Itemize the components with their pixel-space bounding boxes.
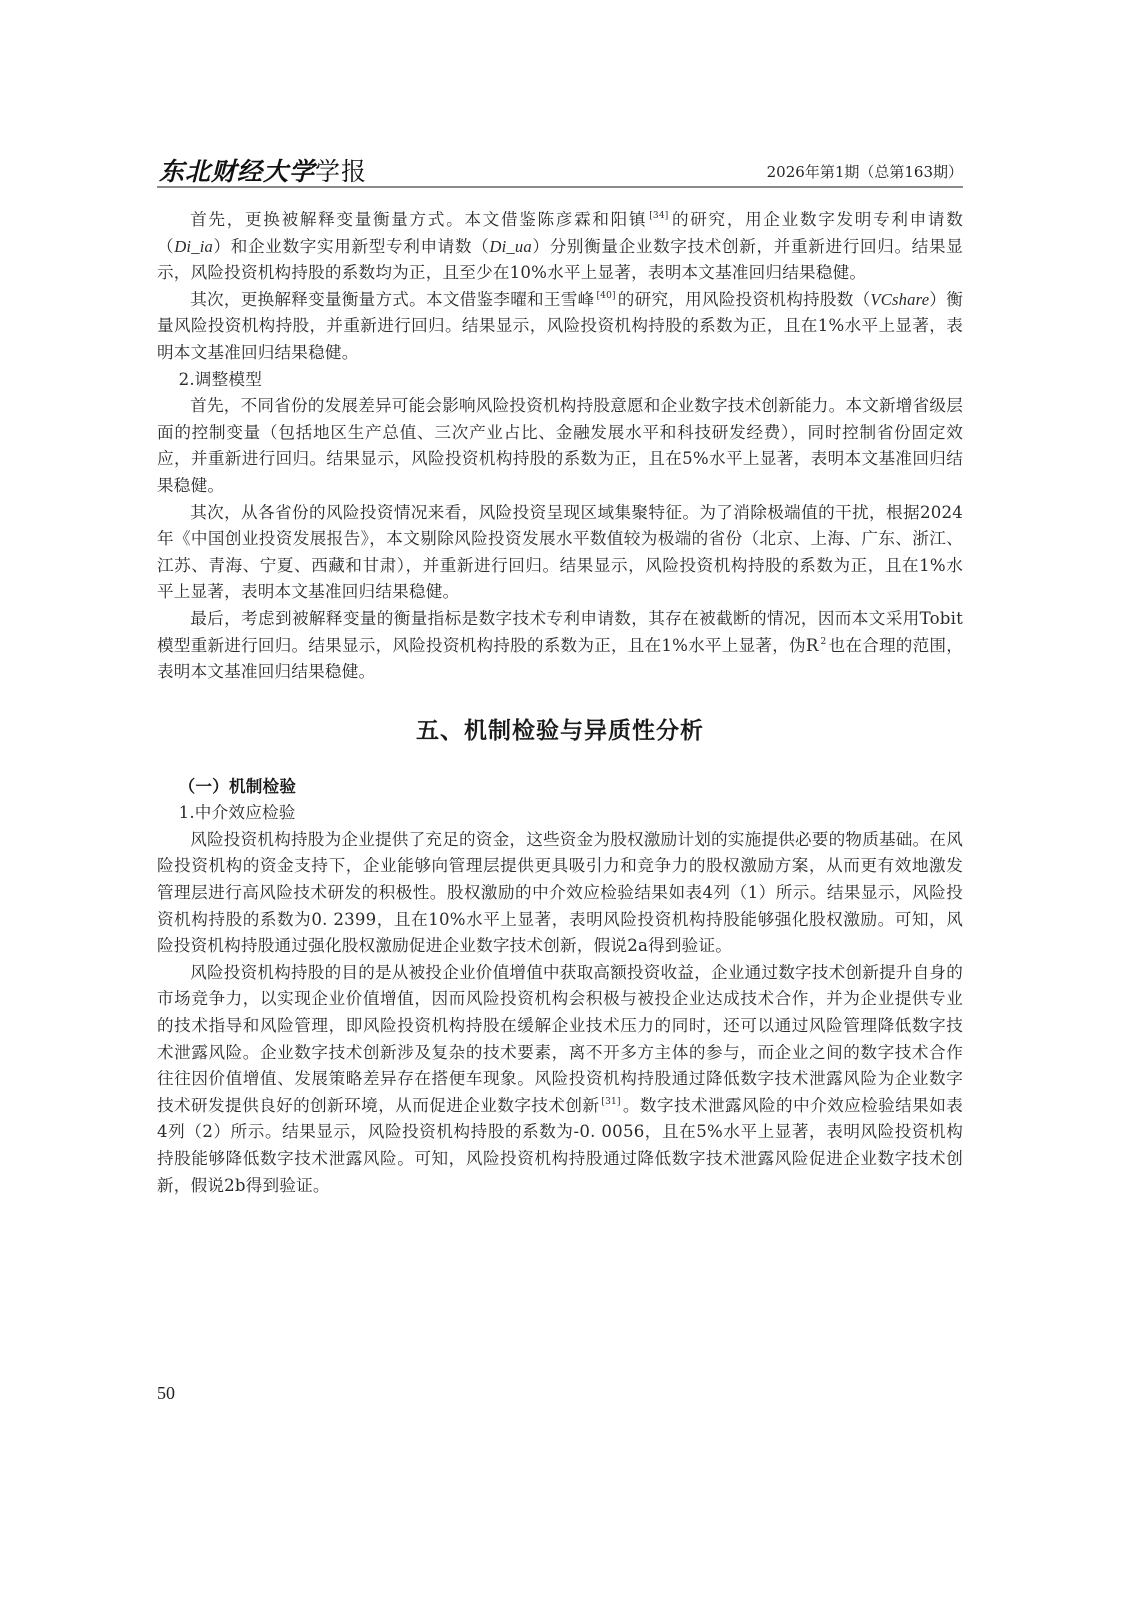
- article-body: 首先，更换被解释变量衡量方式。本文借鉴陈彦霖和阳镇[34]的研究，用企业数字发明…: [157, 207, 963, 1199]
- page-number: 50: [157, 1383, 175, 1404]
- paragraph-leakage-risk-mediation: 风险投资机构持股的目的是从被投企业价值增值中获取高额投资收益，企业通过数字技术创…: [157, 960, 963, 1199]
- subheading-adjust-model: 2.调整模型: [157, 367, 963, 394]
- citation-ref: [40]: [594, 291, 617, 301]
- citation-ref: [31]: [599, 1097, 622, 1107]
- variable-name: Di_ua: [489, 237, 531, 256]
- paragraph-replace-dependent-variable: 首先，更换被解释变量衡量方式。本文借鉴陈彦霖和阳镇[34]的研究，用企业数字发明…: [157, 207, 963, 287]
- paragraph-tobit-model: 最后，考虑到被解释变量的衡量指标是数字技术专利申请数，其存在被截断的情况，因而本…: [157, 606, 963, 686]
- superscript: 2: [819, 637, 829, 647]
- running-header: 东北财经大学学报 2026年第1期（总第163期）: [157, 152, 963, 186]
- subsection-heading: （一）机制检验: [157, 774, 963, 801]
- journal-title: 东北财经大学学报: [159, 152, 367, 188]
- subheading-mediation-test: 1.中介效应检验: [157, 800, 963, 827]
- journal-title-plain: 学报: [315, 157, 367, 186]
- journal-title-calligraphy: 东北财经大学: [159, 157, 315, 186]
- header-divider: [157, 186, 963, 188]
- variable-name: VCshare: [870, 290, 929, 309]
- variable-name: Di_ia: [174, 237, 213, 256]
- paragraph-provincial-controls: 首先，不同省份的发展差异可能会影响风险投资机构持股意愿和企业数字技术创新能力。本…: [157, 393, 963, 499]
- citation-ref: [34]: [647, 211, 670, 221]
- paragraph-equity-incentive-mediation: 风险投资机构持股为企业提供了充足的资金，这些资金为股权激励计划的实施提供必要的物…: [157, 827, 963, 960]
- paragraph-exclude-extreme-provinces: 其次，从各省份的风险投资情况来看，风险投资呈现区域集聚特征。为了消除极端值的干扰…: [157, 500, 963, 606]
- issue-info: 2026年第1期（总第163期）: [767, 161, 963, 182]
- section-heading: 五、机制检验与异质性分析: [157, 716, 963, 746]
- paragraph-replace-explanatory-variable: 其次，更换解释变量衡量方式。本文借鉴李曜和王雪峰[40]的研究，用风险投资机构持…: [157, 287, 963, 367]
